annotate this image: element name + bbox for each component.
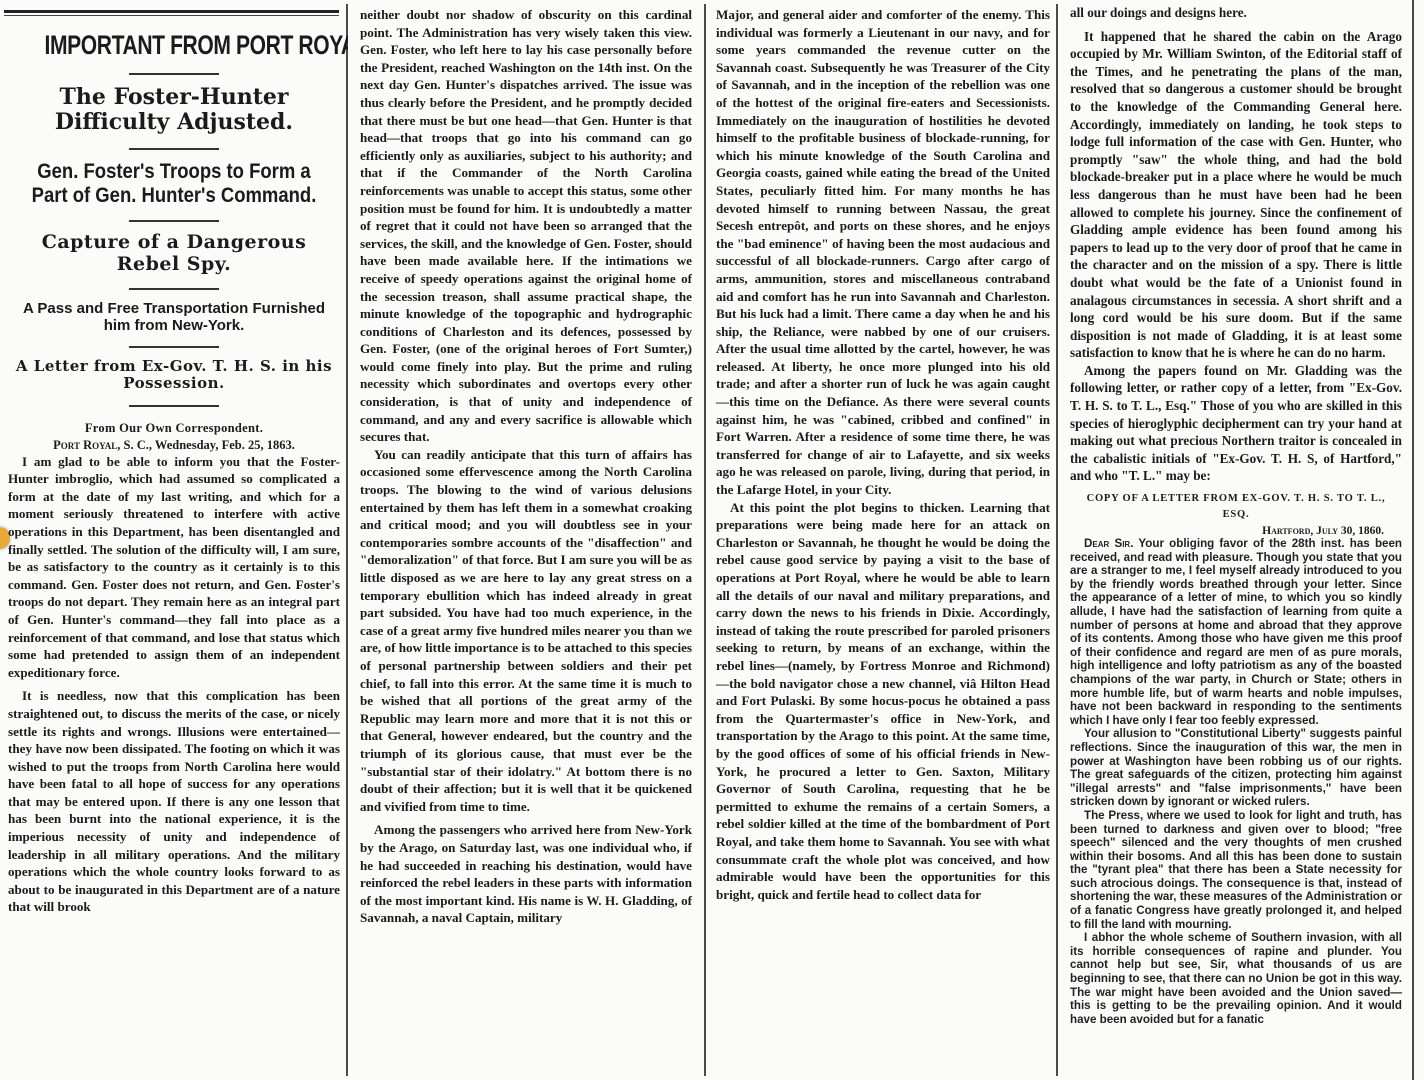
letter-paragraph: I abhor the whole scheme of Southern inv…	[1070, 931, 1402, 1026]
paragraph: neither doubt nor shadow of obscurity on…	[360, 6, 692, 446]
letter-paragraph: The Press, where we used to look for lig…	[1070, 809, 1402, 931]
paragraph: Among the passengers who arrived here fr…	[360, 821, 692, 927]
headline: IMPORTANT FROM PORT ROYAL.	[45, 30, 304, 61]
letter-paragraph: Your allusion to "Constitutional Liberty…	[1070, 727, 1402, 809]
column-rule	[1056, 4, 1058, 1076]
deck-4: A Pass and Free Transportation Furnished…	[8, 300, 340, 335]
column-1: IMPORTANT FROM PORT ROYAL. The Foster-Hu…	[0, 0, 348, 1080]
dateline-place: Port Royal	[53, 438, 117, 452]
divider	[129, 288, 219, 290]
top-rule	[4, 10, 339, 13]
deck-1: The Foster-Hunter Difficulty Adjusted.	[8, 85, 340, 136]
paragraph: Major, and general aider and comforter o…	[716, 6, 1050, 499]
divider	[129, 405, 219, 407]
divider	[129, 73, 219, 75]
column-4: all our doings and designs here. It happ…	[1062, 0, 1424, 1080]
paragraph: It is needless, now that this complicati…	[8, 687, 340, 916]
paragraph: You can readily anticipate that this tur…	[360, 446, 692, 815]
divider	[129, 346, 219, 348]
paragraph: Among the papers found on Mr. Gladding w…	[1070, 362, 1402, 485]
letter-text: Your obliging favor of the 28th inst. ha…	[1070, 537, 1402, 727]
column-2: neither doubt nor shadow of obscurity on…	[352, 0, 702, 1080]
top-rule	[4, 15, 339, 16]
dateline-date: , S. C., Wednesday, Feb. 25, 1863.	[117, 438, 295, 452]
deck-3: Capture of a Dangerous Rebel Spy.	[8, 232, 340, 276]
letter-date: Hartford, July 30, 1860.	[1070, 525, 1384, 537]
letter-salutation: Dear Sir	[1084, 537, 1130, 550]
paragraph: all our doings and designs here.	[1070, 4, 1402, 22]
divider	[129, 148, 219, 150]
divider	[129, 220, 219, 222]
byline: From Our Own Correspondent.	[8, 421, 340, 436]
paragraph: At this point the plot begins to thicken…	[716, 499, 1050, 904]
column-3: Major, and general aider and comforter o…	[708, 0, 1056, 1080]
paragraph: I am glad to be able to inform you that …	[8, 453, 340, 682]
letter-paragraph: Dear Sir. Your obliging favor of the 28t…	[1070, 537, 1402, 727]
newspaper-page: IMPORTANT FROM PORT ROYAL. The Foster-Hu…	[0, 0, 1424, 1080]
column-rule	[704, 4, 706, 1076]
deck-5: A Letter from Ex-Gov. T. H. S. in his Po…	[8, 358, 340, 393]
deck-2: Gen. Foster's Troops to Form a Part of G…	[28, 160, 320, 208]
dateline: Port Royal, S. C., Wednesday, Feb. 25, 1…	[8, 438, 340, 453]
paragraph: It happened that he shared the cabin on …	[1070, 28, 1402, 362]
